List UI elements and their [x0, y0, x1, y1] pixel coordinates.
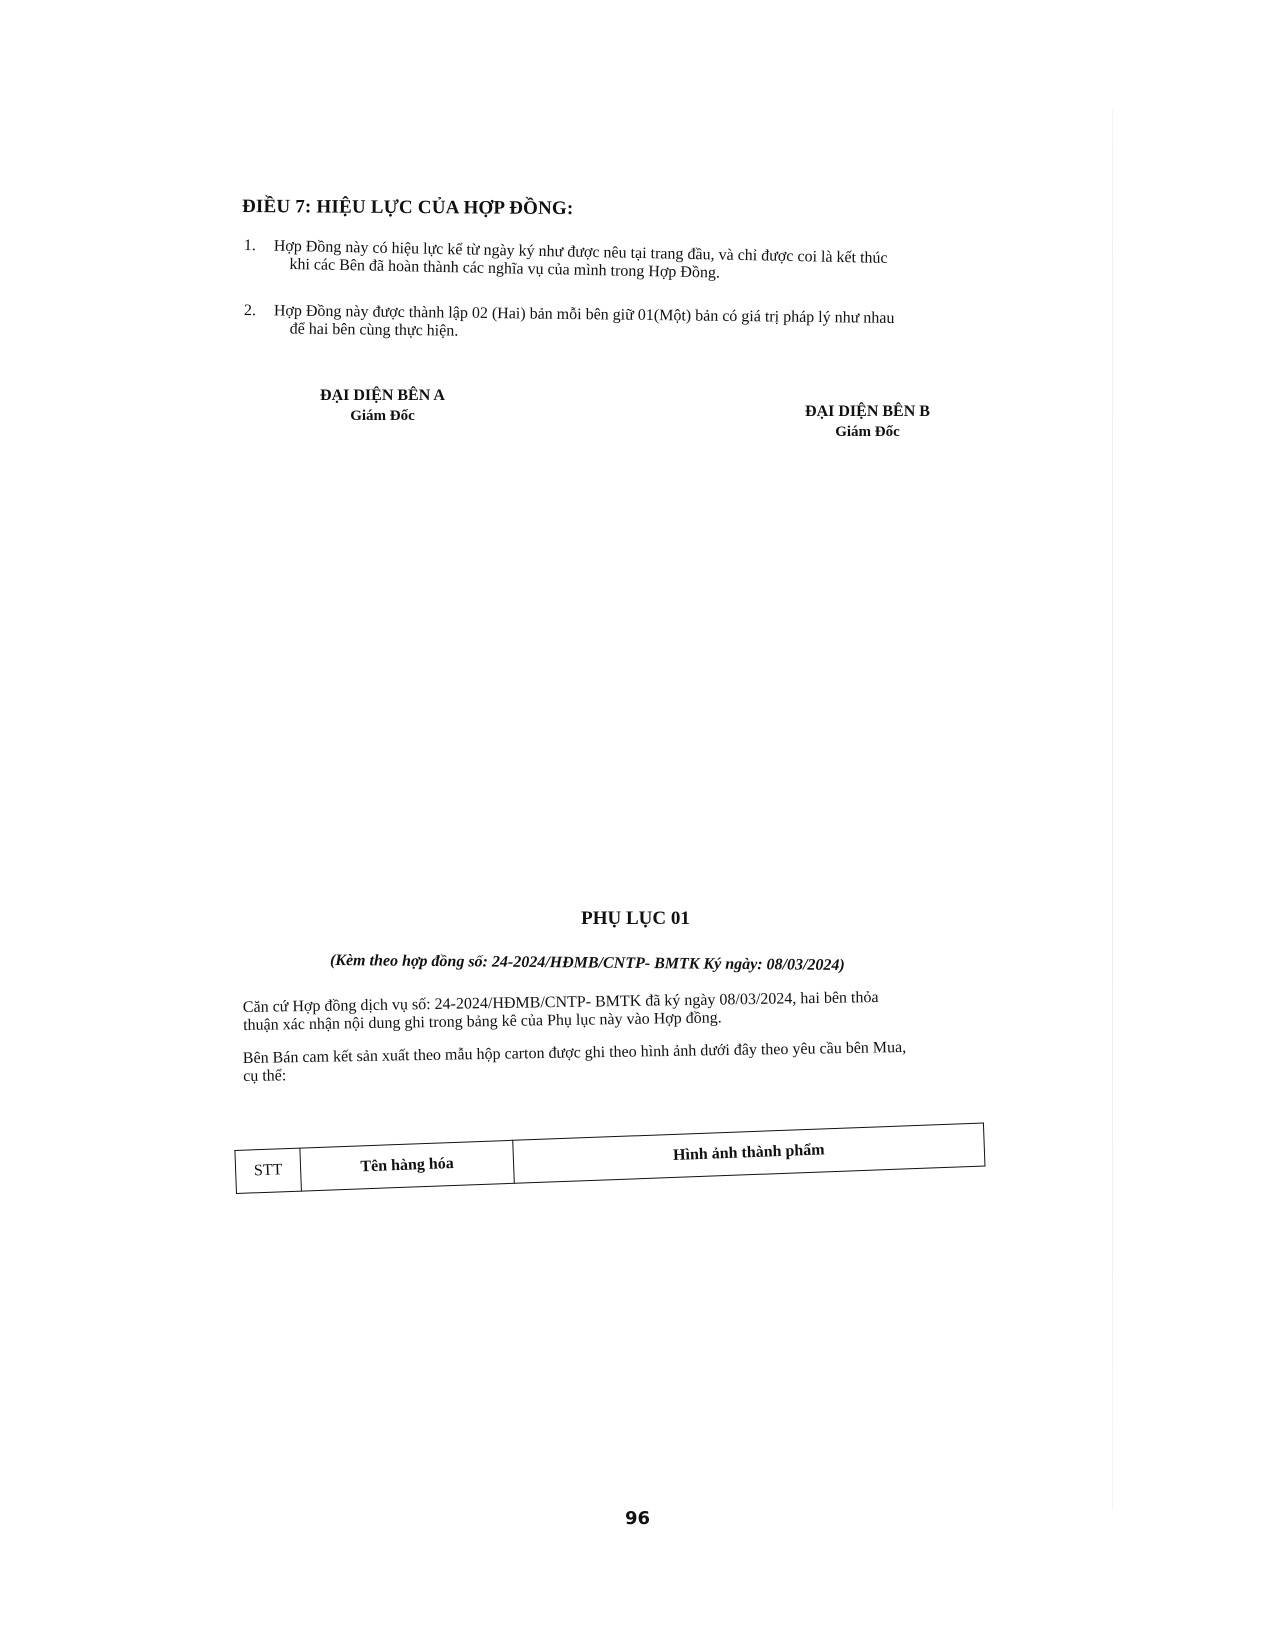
article-7-item-2: 2. Hợp Đồng này được thành lập 02 (Hai) …	[244, 302, 964, 311]
table-header-row: STT Tên hàng hóa Hình ảnh thành phẩm	[235, 1123, 985, 1193]
signature-block-party-a: ĐẠI DIỆN BÊN A Giám Đốc	[300, 386, 465, 426]
header-stt: STT	[235, 1148, 302, 1193]
goods-table: STT Tên hàng hóa Hình ảnh thành phẩm	[234, 1123, 985, 1194]
goods-table-wrapper: STT Tên hàng hóa Hình ảnh thành phẩm	[234, 1123, 985, 1194]
item-number: 2.	[244, 302, 270, 320]
item-text-line-2: để hai bên cùng thực hiện.	[290, 321, 459, 341]
document-page: ĐIỀU 7: HIỆU LỰC CỦA HỢP ĐỒNG: 1. Hợp Đồ…	[0, 0, 1275, 1650]
header-goods-name: Tên hàng hóa	[300, 1140, 514, 1191]
signature-title: ĐẠI DIỆN BÊN A	[300, 386, 465, 406]
signature-role: Giám Đốc	[300, 406, 465, 426]
signature-block-party-b: ĐẠI DIỆN BÊN B Giám Đốc	[795, 402, 940, 442]
appendix-paragraph-2: Bên Bán cam kết sản xuất theo mẫu hộp ca…	[243, 1039, 907, 1086]
scan-edge-line	[1112, 110, 1113, 1510]
signature-role: Giám Đốc	[795, 422, 940, 442]
item-number: 1.	[244, 237, 270, 256]
page-number: 96	[0, 1508, 1275, 1529]
appendix-subtitle: (Kèm theo hợp đồng số: 24-2024/HĐMB/CNTP…	[330, 952, 845, 975]
appendix-title: PHỤ LỤC 01	[0, 908, 1273, 930]
header-product-image: Hình ảnh thành phẩm	[513, 1123, 985, 1183]
appendix-paragraph-1: Căn cứ Hợp đồng dịch vụ số: 24-2024/HĐMB…	[243, 989, 879, 1035]
article-7-heading: ĐIỀU 7: HIỆU LỰC CỦA HỢP ĐỒNG:	[242, 196, 574, 220]
signature-title: ĐẠI DIỆN BÊN B	[795, 402, 940, 422]
article-7-item-1: 1. Hợp Đồng này có hiệu lực kể từ ngày k…	[244, 237, 964, 251]
